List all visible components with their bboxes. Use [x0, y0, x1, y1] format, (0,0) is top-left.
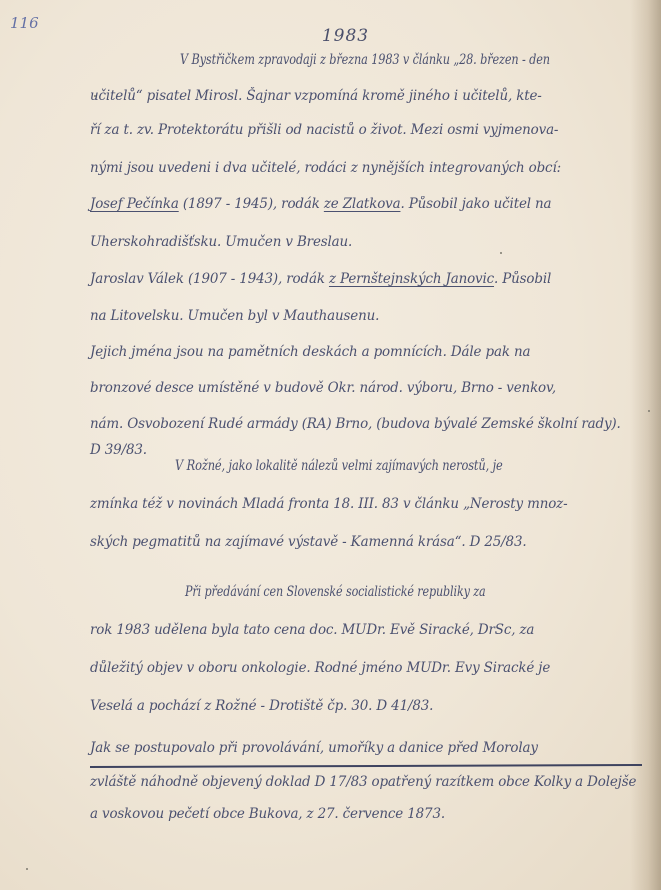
text-line-7: Jaroslav Válek (1907 - 1943), rodák z Pe… [90, 271, 648, 287]
text-line-17: rok 1983 udělena byla tato cena doc. MUD… [90, 622, 648, 638]
paper-speck [648, 410, 650, 412]
text-segment: . Působil [494, 271, 551, 287]
text-line-1: V Bystřičkem zpravodaji z března 1983 v … [180, 52, 648, 68]
text-line-21: zvláště náhodně objevený doklad D 17/83 … [90, 774, 648, 790]
text-line-22: a voskovou pečetí obce Bukova, z 27. čer… [90, 806, 648, 822]
text-line-13: V Rožné, jako lokalitě nálezů velmi zají… [175, 458, 648, 474]
handwritten-chronicle-page: 116 1983 V Bystřičkem zpravodaji z březn… [0, 0, 661, 890]
text-line-19: Veselá a pochází z Rožné - Drotiště čp. … [90, 698, 648, 714]
text-line-11: nám. Osvobození Rudé armády (RA) Brno, (… [90, 416, 648, 432]
underlined-heading-line: Jak se postupovalo při provolávání, umoř… [90, 740, 648, 756]
text-line-8: na Litovelsku. Umučen byl v Mauthausenu. [90, 308, 648, 324]
year-heading: 1983 [0, 26, 661, 46]
paper-speck [94, 95, 96, 97]
text-line-12: D 39/83. [90, 442, 648, 458]
text-line-10: bronzové desce umístěné v budově Okr. ná… [90, 380, 648, 396]
text-line-14: zmínka též v novinách Mladá fronta 18. I… [90, 496, 648, 512]
text-line-16: Při předávání cen Slovenské socialistick… [185, 584, 648, 600]
text-line-3: ří za t. zv. Protektorátu přišli od naci… [90, 122, 648, 138]
underlined-place-pernstejnske-janovice: z Pernštejnských Janovic [329, 271, 494, 287]
paper-speck [500, 252, 502, 254]
text-segment: (1897 - 1945), rodák [179, 196, 324, 212]
underlined-name-pecinka: Josef Pečínka [90, 196, 179, 212]
text-line-6: Uherskohradišťsku. Umučen v Breslau. [90, 234, 648, 250]
text-line-15: ských pegmatitů na zajímavé výstavě - Ka… [90, 534, 648, 550]
text-line-4: nými jsou uvedeni i dva učitelé, rodáci … [90, 160, 648, 176]
underlined-place-zlatkov: ze Zlatkova [324, 196, 401, 212]
text-line-9: Jejich jména jsou na pamětních deskách a… [90, 344, 648, 360]
text-segment: Jaroslav Válek (1907 - 1943), rodák [90, 271, 329, 287]
text-line-2: učitelů“ pisatel Mirosl. Šajnar vzpomíná… [90, 88, 648, 104]
text-segment: . Působil jako učitel na [400, 196, 551, 212]
paper-speck [26, 868, 28, 870]
text-line-5: Josef Pečínka (1897 - 1945), rodák ze Zl… [90, 196, 648, 212]
heading-underline-rule [90, 764, 642, 768]
text-line-18: důležitý objev v oboru onkologie. Rodné … [90, 660, 648, 676]
